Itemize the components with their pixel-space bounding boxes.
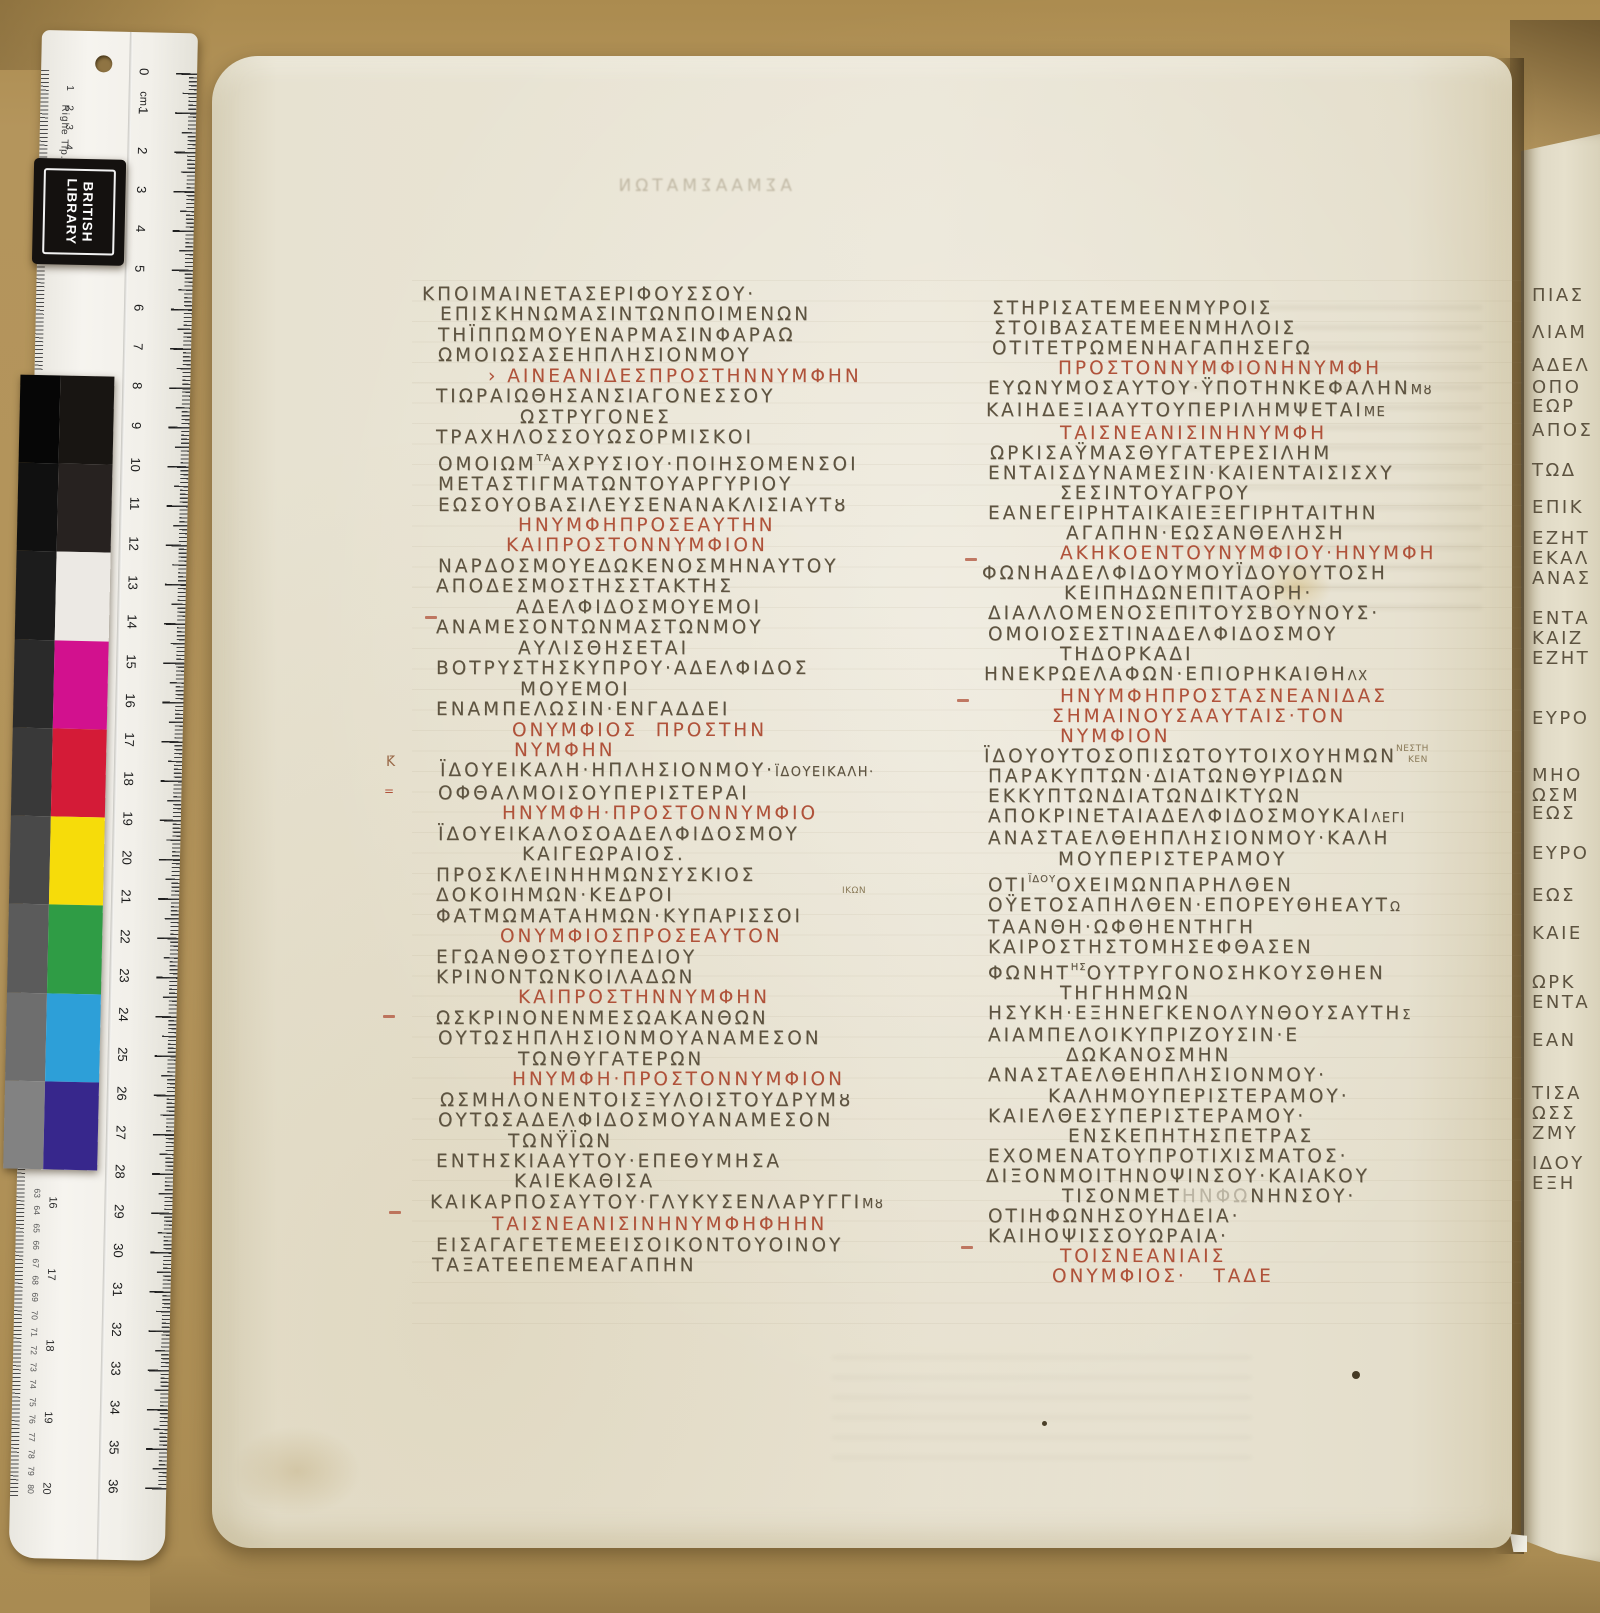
ruler-number: 34 xyxy=(107,1396,122,1418)
text-line: ΟΜΟΙΟΣΕΣΤΙΝΑΔΕΛΦΙΔΟΣΜΟΥ xyxy=(988,625,1588,645)
showthrough-title: ΑΣΜΑΑΣΜΑΤΩΝ xyxy=(512,176,792,196)
ruler-number: 30 xyxy=(111,1239,126,1261)
color-patch xyxy=(49,816,105,905)
text-line: ΦΑΤΜΩΜΑΤΑΗΜΩΝ·ΚΥΠΑΡΙΣΣΟΙ xyxy=(436,907,1036,927)
ruler-number: 31 xyxy=(110,1279,125,1301)
text-line: ΣΤΗΡΙΣΑΤΕΜΕΕΝΜΥΡΟΙΣ xyxy=(988,299,1588,319)
ruler-number: 74 xyxy=(28,1380,38,1390)
rubric-line: ΣΗΜΑΙΝΟΥΣΑΑΥΤΑΙΣ·ΤΟΝ xyxy=(988,707,1588,727)
text-line: ΤΩΝΘΥΓΑΤΕΡΩΝ xyxy=(436,1050,1036,1070)
text-line: ΗΣΥΚΗ·ΕΞΗΝΕΓΚΕΝΟΛΥΝΘΟΥΣΑΥΤΗΣ xyxy=(988,1004,1588,1026)
paragraphos-mark xyxy=(961,1246,973,1249)
ruler-number: 68 xyxy=(30,1275,40,1285)
ruler-number: 80 xyxy=(26,1484,36,1494)
ruler-number: 7 xyxy=(130,336,145,358)
text-line: ΗΝΕΚΡΩΕΛΑΦΩΝ·ΕΠΙΟΡΗΚΑΙΘΗΛΧ xyxy=(984,665,1588,687)
rubric-line: ΟΝΥΜΦΙΟΣ ΠΡΟΣΤΗΝ xyxy=(436,721,1036,741)
text-line: ΚΑΙΗΟΨΙΣΣΟΥΩΡΑΙΑ· xyxy=(988,1227,1588,1247)
ruler-number: 67 xyxy=(31,1258,41,1268)
rubric-line: ΠΡΟΣΤΟΝΝΥΜΦΙΟΝΗΝΥΜΦΗ xyxy=(988,359,1588,379)
inline-correction: Μȣ xyxy=(1411,383,1433,398)
ruler-number: 32 xyxy=(109,1318,124,1340)
text-line: ΣΕΣΙΝΤΟΥΑΓΡΟΥ xyxy=(988,484,1588,504)
text-line: ΔΩΚΑΝΟΣΜΗΝ xyxy=(988,1046,1588,1066)
text-line: ΩΣΤΡΥΓΟΝΕΣ xyxy=(436,408,1036,428)
color-calibration-chart xyxy=(3,375,114,1171)
gray-step xyxy=(15,551,57,640)
text-line: ΦΩΝΗΤΗΣΟΥΤΡΥΓΟΝΟΣΗΚΟΥΣΘΗΕΝ xyxy=(988,958,1588,984)
text-line: ΑΝΑΣΤΑΕΛΘΕΗΠΛΗΣΙΟΝΜΟΥ·ΚΑΛΗ xyxy=(988,829,1588,849)
inline-correction: ΗΝΦΩ xyxy=(1182,1186,1250,1207)
text-line: ΤΙΩΡΑΙΩΘΗΣΑΝΣΙΑΓΟΝΕΣΣΟΥ xyxy=(436,387,1036,407)
text-line: ΕΝΤΗΣΚΙΑΑΥΤΟΥ·ΕΠΕΘΥΜΗΣΑ xyxy=(436,1152,1036,1172)
ruler-number: 17 xyxy=(45,1268,57,1281)
text-line: ΟΜΟΙΩΜΤΑΑΧΡΥΣΙΟΥ·ΠΟΙΗΣΟΜΕΝΣΟΙ xyxy=(436,449,1036,475)
ruler-number: 27 xyxy=(113,1121,128,1143)
text-line: ΠΡΟΣΚΛΕΙΝΗΗΜΩΝΣΥΣΚΙΟΣ xyxy=(436,866,1036,886)
text-line: ΤΩΝΫΪΩΝ xyxy=(436,1132,1036,1152)
rubric-line: ΑΚΗΚΟΕΝΤΟΥΝΥΜΦΙΟΥ·ΗΝΥΜΦΗ xyxy=(988,544,1588,564)
ruler-number: 1 xyxy=(136,100,151,122)
text-line: ΟΫΕΤΟΣΑΠΗΛΘΕΝ·ΕΠΟΡΕΥΘΗΕΑΥΤΩ xyxy=(988,896,1588,918)
ruler-number: 63 xyxy=(32,1188,42,1198)
ruler-number: 71 xyxy=(29,1327,39,1337)
ruler-number: 16 xyxy=(123,689,138,711)
ruler-number: 12 xyxy=(126,532,141,554)
color-patch xyxy=(59,375,115,464)
ruler-number: 73 xyxy=(28,1362,38,1372)
rubric-line: ΚΑΙΠΡΟΣΤΟΝΝΥΜΦΙΟΝ xyxy=(436,536,1036,556)
text-line: ΚΑΙΕΛΘΕΣΥΠΕΡΙΣΤΕΡΑΜΟΥ· xyxy=(988,1107,1588,1127)
text-line: ΚΑΙΚΑΡΠΟΣΑΥΤΟΥ·ΓΛΥΚΥΣΕΝΛΑΡΥΓΓΙΜȣ xyxy=(430,1193,1036,1215)
paragraphos-mark xyxy=(425,616,437,619)
paragraphos-mark xyxy=(383,1015,395,1018)
marginal-note: ΙΚΩΝ xyxy=(842,886,866,896)
text-line: ΑΙΑΜΠΕΛΟΙΚΥΠΡΙΖΟΥΣΙΝ·Ε xyxy=(988,1026,1588,1046)
marginal-note: ΚΕΝ xyxy=(1408,755,1428,765)
text-line: ΤΗΓΗΗΜΩΝ xyxy=(988,984,1588,1004)
text-line: ΚΑΙΗΔΕΞΙΑΑΥΤΟΥΠΕΡΙΛΗΜΨΕΤΑΙΜΕ xyxy=(986,401,1588,423)
manuscript-page: ΑΣΜΑΑΣΜΑΤΩΝ ΚΠΟΙΜΑΙΝΕΤΑΣΕΡΙΦΟΥΣΣΟΥ·ΕΠΙΣΚ… xyxy=(212,56,1512,1548)
text-line: ΕΝΤΑΙΣΔΥΝΑΜΕΣΙΝ·ΚΑΙΕΝΤΑΙΣΙΣΧΥ xyxy=(988,464,1588,484)
text-line: ΠΑΡΑΚΥΠΤΩΝ·ΔΙΑΤΩΝΘΥΡΙΔΩΝ xyxy=(988,767,1588,787)
text-line: ΕΝΣΚΕΠΗΤΗΣΠΕΤΡΑΣ xyxy=(988,1127,1588,1147)
rubric-line: › ΑΙΝΕΑΝΙΔΕΣΠΡΟΣΤΗΝΝΥΜΦΗΝ xyxy=(436,367,1036,387)
marginal-note: = xyxy=(384,784,395,798)
ruler-number: 18 xyxy=(121,768,136,790)
text-line: ΚΑΙΓΕΩΡΑΙΟΣ. xyxy=(436,845,1036,865)
rubric-line: ΚΑΙΠΡΟΣΤΗΝΝΥΜΦΗΝ xyxy=(436,988,1036,1008)
stain xyxy=(232,1426,362,1516)
ruler-number: 17 xyxy=(122,729,137,751)
backdrop-shadow-bottom xyxy=(150,1540,1600,1613)
speck xyxy=(1352,1371,1360,1379)
ruler-number: 70 xyxy=(30,1310,40,1320)
text-line: ΕΓΩΑΝΘΟΣΤΟΥΠΕΔΙΟΥ xyxy=(436,948,1036,968)
ruler-number: 19 xyxy=(42,1411,54,1424)
text-line: ΕΩΣΟΥΟΒΑΣΙΛΕΥΣΕΝΑΝΑΚΛΙΣΙΑΥΤȣ xyxy=(436,496,1036,516)
rubric-line: ΝΥΜΦΗΝ xyxy=(436,741,1036,761)
text-line: ΑΝΑΜΕΣΟΝΤΩΝΜΑΣΤΩΝΜΟΥ xyxy=(436,618,1036,638)
ruler-number: 21 xyxy=(118,886,133,908)
text-line: ΟΦΘΑΛΜΟΙΣΟΥΠΕΡΙΣΤΕΡΑΙ xyxy=(436,784,1036,804)
photograph-of-manuscript: cm. Righe Tip. 1 01234567891011121314151… xyxy=(0,0,1600,1613)
gray-step xyxy=(5,992,47,1081)
inline-correction: ΛΕΓΙ xyxy=(1371,811,1405,826)
text-line: ΩΜΟΙΩΣΑΣΕΗΠΛΗΣΙΟΝΜΟΥ xyxy=(436,346,1036,366)
rubric-line: ΗΝΥΜΦΗ·ΠΡΟΣΤΟΝΝΥΜΦΙΟ xyxy=(436,804,1036,824)
ruler-number: 11 xyxy=(127,493,142,515)
inline-correction: Ω xyxy=(1390,900,1401,915)
gray-step xyxy=(19,375,61,464)
text-line: ΒΟΤΡΥΣΤΗΣΚΥΠΡΟΥ·ΑΔΕΛΦΙΔΟΣ xyxy=(436,659,1036,679)
text-line: ΟΥΤΩΣΑΔΕΛΦΙΔΟΣΜΟΥΑΝΑΜΕΣΟΝ xyxy=(436,1111,1036,1131)
paragraphos-mark xyxy=(957,699,969,702)
gray-step xyxy=(9,816,51,905)
rubric-line: ΤΑΙΣΝΕΑΝΙΣΙΝΗΝΥΜΦΗ xyxy=(988,424,1588,444)
ruler-left-ticks-bottom xyxy=(10,1169,25,1499)
inline-correction: ΜΕ xyxy=(1364,405,1386,420)
text-line: ΚΕΙΠΗΔΩΝΕΠΙΤΑΟΡΗ· xyxy=(988,584,1588,604)
text-column-right: ΣΤΗΡΙΣΑΤΕΜΕΕΝΜΥΡΟΙΣΣΤΟΙΒΑΣΑΤΕΜΕΕΝΜΗΛΟΙΣΟ… xyxy=(988,299,1588,1288)
ruler-number: 6 xyxy=(131,296,146,318)
inline-correction: ΗΣ xyxy=(1071,962,1087,973)
rubric-line: ΗΝΥΜΦΗ·ΠΡΟΣΤΟΝΝΥΜΦΙΟΝ xyxy=(436,1070,1036,1090)
gray-step xyxy=(17,463,59,552)
gray-step xyxy=(13,639,55,728)
ruler-number: 4 xyxy=(133,218,148,240)
text-line: ΤΑΑΝΘΗ·ΩΦΘΗΕΝΤΗΓΗ xyxy=(988,918,1588,938)
ruler-number: 28 xyxy=(112,1161,127,1183)
text-line: ΚΑΙΡΟΣΤΗΣΤΟΜΗΣΕΦΘΑΣΕΝ xyxy=(988,938,1588,958)
ruler-number: 36 xyxy=(106,1475,121,1497)
ruler-number: 65 xyxy=(31,1223,41,1233)
text-line: ΕΚΚΥΠΤΩΝΔΙΑΤΩΝΔΙΚΤΥΩΝ xyxy=(988,787,1588,807)
ruler-number: 8 xyxy=(130,375,145,397)
paragraphos-mark xyxy=(965,558,977,561)
calibration-device: cm. Righe Tip. 1 01234567891011121314151… xyxy=(0,30,228,1564)
text-line: ΟΤΙΗΦΩΝΗΣΟΥΗΔΕΙΑ· xyxy=(988,1207,1588,1227)
ruler-number: 64 xyxy=(32,1206,42,1216)
marginal-note: Κ̄ xyxy=(386,754,396,770)
rubric-line: ΟΝΥΜΦΙΟΣΠΡΟΣΕΑΥΤΟΝ xyxy=(436,927,1036,947)
text-line: ΩΡΚΙΣΑΫΜΑΣΘΥΓΑΤΕΡΕΣΙΛΗΜ xyxy=(988,444,1588,464)
inline-correction: Σ xyxy=(1402,1008,1412,1023)
text-line: ΚΡΙΝΟΝΤΩΝΚΟΙΛΑΔΩΝ xyxy=(436,968,1036,988)
ruler-number: 29 xyxy=(112,1200,127,1222)
ruler-number: 13 xyxy=(125,571,140,593)
ruler-number: 69 xyxy=(30,1293,40,1303)
text-line: ΑΥΛΙΣΘΗΣΕΤΑΙ xyxy=(436,639,1036,659)
ruler-number: 78 xyxy=(27,1449,37,1459)
gray-step xyxy=(11,727,53,816)
text-line: ΕΙΣΑΓΑΓΕΤΕΜΕΕΙΣΟΙΚΟΝΤΟΥΟΙΝΟΥ xyxy=(436,1236,1036,1256)
text-line: ΝΑΡΔΟΣΜΟΥΕΔΩΚΕΝΟΣΜΗΝΑΥΤΟΥ xyxy=(436,557,1036,577)
ruler-number: 22 xyxy=(118,925,133,947)
text-line: ΔΙΑΛΛΟΜΕΝΟΣΕΠΙΤΟΥΣΒΟΥΝΟΥΣ· xyxy=(988,604,1588,624)
ruler-number: 66 xyxy=(31,1241,41,1251)
ruler-number: 24 xyxy=(116,1004,131,1026)
gray-step xyxy=(7,904,49,993)
rubric-line: ΗΝΥΜΦΗΠΡΟΣΤΑΣΝΕΑΝΙΔΑΣ xyxy=(988,687,1588,707)
label-text: BRITISHLIBRARY xyxy=(62,178,95,245)
text-line: ΜΕΤΑΣΤΙΓΜΑΤΩΝΤΟΥΑΡΓΥΡΙΟΥ xyxy=(436,475,1036,495)
ruler-number: 14 xyxy=(124,611,139,633)
color-patch xyxy=(51,728,107,817)
rubric-line: ΗΝΥΜΦΗΠΡΟΣΕΑΥΤΗΝ xyxy=(436,516,1036,536)
text-line: ΪΔΟΥΟΥΤΟΣΟΠΙΣΩΤΟΥΤΟΙΧΟΥΗΜΩΝ xyxy=(984,747,1588,767)
color-patch xyxy=(45,993,101,1082)
text-line: ΚΑΙΕΚΑΘΙΣΑ xyxy=(436,1172,1036,1192)
ruler-number: 3 xyxy=(63,124,74,130)
text-line: ΕΥΩΝΥΜΟΣΑΥΤΟΥ·ΫΠΟΤΗΝΚΕΦΑΛΗΝΜȣ xyxy=(988,379,1588,401)
ruler-number: 4 xyxy=(63,144,74,150)
text-column-left: ΚΠΟΙΜΑΙΝΕΤΑΣΕΡΙΦΟΥΣΣΟΥ·ΕΠΙΣΚΗΝΩΜΑΣΙΝΤΩΝΠ… xyxy=(436,285,1036,1277)
ruler-number: 9 xyxy=(129,414,144,436)
ruler-number: 0 xyxy=(136,61,151,83)
ruler-number: 33 xyxy=(108,1357,123,1379)
text-line: ΕΝΑΜΠΕΛΩΣΙΝ·ΕΝΓΑΔΔΕΙ xyxy=(436,700,1036,720)
inline-correction: ΪΔΟΥΕΙΚΑΛΗ· xyxy=(775,765,875,780)
text-line: ΟΤΙΤΕΤΡΩΜΕΝΗΑΓΑΠΗΣΕΓΩ xyxy=(988,339,1588,359)
ruler-number: 75 xyxy=(28,1397,38,1407)
ruler-number: 19 xyxy=(120,807,135,829)
ruler-number: 79 xyxy=(26,1467,36,1477)
text-line: ΪΔΟΥΕΙΚΑΛΗ·ΗΠΛΗΣΙΟΝΜΟΥ·ΪΔΟΥΕΙΚΑΛΗ· xyxy=(436,761,1036,783)
text-line: ΜΟΥΠΕΡΙΣΤΕΡΑΜΟΥ xyxy=(988,850,1588,870)
text-line: ΜΟΥΕΜΟΙ xyxy=(436,680,1036,700)
text-line: ΔΙΞΟΝΜΟΙΤΗΝΟΨΙΝΣΟΥ·ΚΑΙΑΚΟΥ xyxy=(986,1167,1588,1187)
text-line: ΔΟΚΟΙΗΜΩΝ·ΚΕΔΡΟΙ xyxy=(436,886,1036,906)
ruler-number: 35 xyxy=(106,1436,121,1458)
text-line: ΑΓΑΠΗΝ·ΕΩΣΑΝΘΕΛΗΣΗ xyxy=(988,524,1588,544)
text-line: ΤΡΑΧΗΛΟΣΣΟΥΩΣΟΡΜΙΣΚΟΙ xyxy=(436,428,1036,448)
text-line: ΑΠΟΔΕΣΜΟΣΤΗΣΣΤΑΚΤΗΣ xyxy=(436,577,1036,597)
ruler-number: 1 xyxy=(64,85,75,91)
text-line: ΚΠΟΙΜΑΙΝΕΤΑΣΕΡΙΦΟΥΣΣΟΥ· xyxy=(422,285,1036,305)
color-patch xyxy=(47,905,103,994)
inline-correction: ΛΧ xyxy=(1348,669,1369,684)
ruler-number: 15 xyxy=(124,650,139,672)
inline-correction: ΪΔΟΥ xyxy=(1028,874,1056,885)
ruler-number: 3 xyxy=(134,178,149,200)
text-line: ΩΣΜΗΛΟΝΕΝΤΟΙΣΞΥΛΟΙΣΤΟΥΔΡΥΜȣ xyxy=(436,1091,1036,1111)
text-line: ΣΤΟΙΒΑΣΑΤΕΜΕΕΝΜΗΛΟΙΣ xyxy=(988,319,1588,339)
ruler-number: 72 xyxy=(29,1345,39,1355)
showthrough-smudge xyxy=(832,1356,1252,1476)
text-line: ΦΩΝΗΑΔΕΛΦΙΔΟΥΜΟΥΪΔΟΥΟΥΤΟΣΗ xyxy=(982,564,1588,584)
rubric-line: ΤΑΙΣΝΕΑΝΙΣΙΝΗΝΥΜΦΗΦΗΗΝ xyxy=(436,1215,1036,1235)
text-line: ΤΗΔΟΡΚΑΔΙ xyxy=(988,645,1588,665)
text-line: ΤΙΣΟΝΜΕΤΗΝΦΩΝΗΝΣΟΥ· xyxy=(988,1187,1588,1207)
color-patch xyxy=(55,552,111,641)
ruler-number: 26 xyxy=(114,1082,129,1104)
ruler-number: 2 xyxy=(135,139,150,161)
ruler-number: 20 xyxy=(119,846,134,868)
text-line: ΕΠΙΣΚΗΝΩΜΑΣΙΝΤΩΝΠΟΙΜΕΝΩΝ xyxy=(436,305,1036,325)
text-line: ΩΣΚΡΙΝΟΝΕΝΜΕΣΩΑΚΑΝΘΩΝ xyxy=(436,1009,1036,1029)
ruler-number: 16 xyxy=(46,1196,58,1209)
inline-correction: Μȣ xyxy=(862,1197,884,1212)
ruler-number: 10 xyxy=(128,453,143,475)
color-patch xyxy=(53,640,109,729)
color-patch xyxy=(57,464,113,553)
paragraphos-mark xyxy=(389,1211,401,1214)
marginal-note: ΝΕΣΤΗ xyxy=(1396,744,1429,754)
text-line: ΚΑΛΗΜΟΥΠΕΡΙΣΤΕΡΑΜΟΥ· xyxy=(988,1087,1588,1107)
british-library-label: BRITISHLIBRARY xyxy=(32,158,126,266)
text-line: ΤΑΞΑΤΕΕΠΕΜΕΑΓΑΠΗΝ xyxy=(432,1256,1036,1276)
text-line: ΑΔΕΛΦΙΔΟΣΜΟΥΕΜΟΙ xyxy=(436,598,1036,618)
ruler-number: 18 xyxy=(43,1339,55,1352)
text-line: ΕΧΟΜΕΝΑΤΟΥΠΡΟΤΙΧΙΣΜΑΤΟΣ· xyxy=(988,1147,1588,1167)
ruler-number: 23 xyxy=(117,964,132,986)
color-patch xyxy=(43,1081,99,1170)
text-line: ΟΥΤΩΣΗΠΛΗΣΙΟΝΜΟΥΑΝΑΜΕΣΟΝ xyxy=(436,1029,1036,1049)
text-line: ΤΗΪΠΠΩΜΟΥΕΝΑΡΜΑΣΙΝΦΑΡΑΩ xyxy=(436,326,1036,346)
ruler-number: 76 xyxy=(27,1414,37,1424)
ruler-number: 5 xyxy=(132,257,147,279)
ruler-number: 2 xyxy=(64,105,75,111)
text-line: ΟΤΙΪΔΟΥΟΧΕΙΜΩΝΠΑΡΗΛΘΕΝ xyxy=(988,870,1588,896)
ruler-number: 20 xyxy=(40,1482,52,1495)
rubric-line: ΝΥΜΦΙΟΝ xyxy=(988,727,1588,747)
rubric-line: ΟΝΥΜΦΙΟΣ· ΤΑΔΕ xyxy=(988,1267,1588,1287)
text-line: ΑΠΟΚΡΙΝΕΤΑΙΑΔΕΛΦΙΔΟΣΜΟΥΚΑΙΛΕΓΙ xyxy=(988,807,1588,829)
inline-correction: ΤΑ xyxy=(537,453,552,464)
ruler-number: 77 xyxy=(27,1432,37,1442)
gray-step xyxy=(3,1080,45,1169)
text-line: ΪΔΟΥΕΙΚΑΛΟΣΟΑΔΕΛΦΙΔΟΣΜΟΥ xyxy=(436,825,1036,845)
ruler-hole xyxy=(95,55,112,72)
ruler-number: 25 xyxy=(115,1043,130,1065)
text-line: ΕΑΝΕΓΕΙΡΗΤΑΙΚΑΙΕΞΕΓΙΡΗΤΑΙΤΗΝ xyxy=(988,504,1588,524)
text-line: ΑΝΑΣΤΑΕΛΘΕΗΠΛΗΣΙΟΝΜΟΥ· xyxy=(988,1066,1588,1086)
rubric-line: ΤΟΙΣΝΕΑΝΙΑΙΣ xyxy=(988,1247,1588,1267)
